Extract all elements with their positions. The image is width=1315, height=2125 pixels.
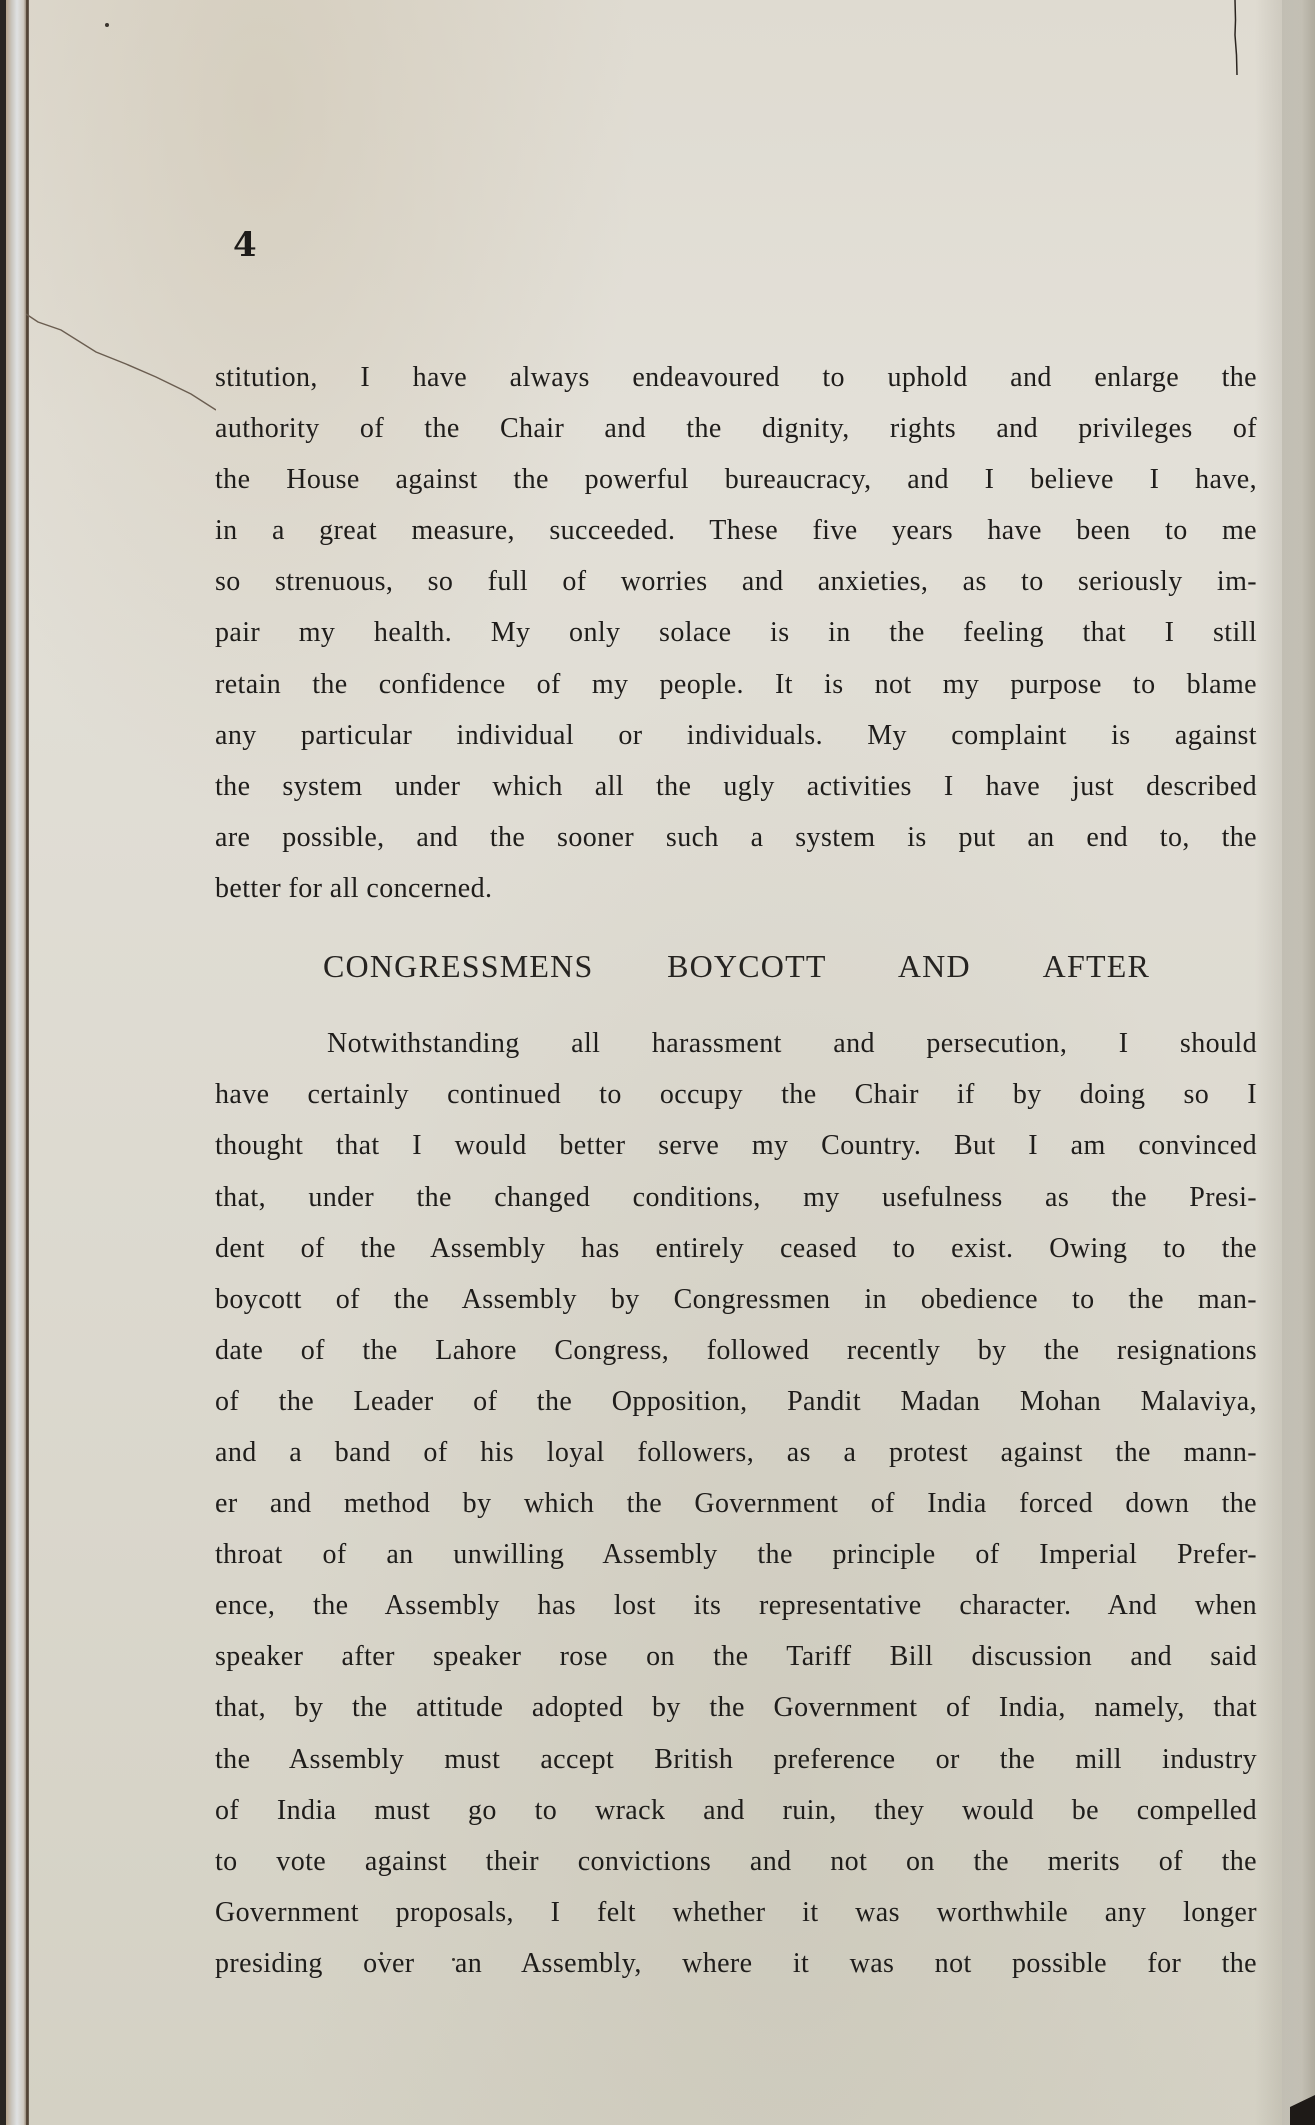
text-line: speaker after speaker rose on the Tariff…: [215, 1631, 1257, 1682]
page-number: 4: [233, 225, 257, 265]
text-line: retain the confidence of my people. It i…: [215, 659, 1257, 710]
text-line: ence, the Assembly has lost its represen…: [215, 1580, 1257, 1631]
text-line: to vote against their convictions and no…: [215, 1836, 1257, 1887]
section-heading: CONGRESSMENS BOYCOTT AND AFTER: [215, 941, 1150, 992]
document-page: 4 stitution, I have always endeavoured t…: [0, 0, 1315, 2125]
ink-speck: [105, 23, 109, 27]
text-line: boycott of the Assembly by Congressmen i…: [215, 1274, 1257, 1325]
text-line: are possible, and the sooner such a syst…: [215, 812, 1257, 863]
text-line: Notwithstanding all harassment and perse…: [215, 1018, 1257, 1069]
text-line: that, by the attitude adopted by the Gov…: [215, 1682, 1257, 1733]
text-line: er and method by which the Government of…: [215, 1478, 1257, 1529]
paragraph-continuation: stitution, I have always endeavoured to …: [215, 352, 1257, 914]
text-line: Government proposals, I felt whether it …: [215, 1887, 1257, 1938]
text-line: the system under which all the ugly acti…: [215, 761, 1257, 812]
text-line: the Assembly must accept British prefere…: [215, 1734, 1257, 1785]
body-text: stitution, I have always endeavoured to …: [215, 352, 1257, 1989]
text-line: better for all concerned.: [215, 863, 1257, 914]
text-line: in a great measure, succeeded. These fiv…: [215, 505, 1257, 556]
text-line: pair my health. My only solace is in the…: [215, 607, 1257, 658]
text-line: so strenuous, so full of worries and anx…: [215, 556, 1257, 607]
text-line: thought that I would better serve my Cou…: [215, 1120, 1257, 1171]
paper-crack-icon: [1234, 0, 1238, 80]
text-line: authority of the Chair and the dignity, …: [215, 403, 1257, 454]
right-edge-shadow: [1255, 0, 1315, 2125]
text-line: have certainly continued to occupy the C…: [215, 1069, 1257, 1120]
text-line: any particular individual or individuals…: [215, 710, 1257, 761]
text-line: the House against the powerful bureaucra…: [215, 454, 1257, 505]
text-line: of the Leader of the Opposition, Pandit …: [215, 1376, 1257, 1427]
paper-tear-icon: [26, 312, 216, 412]
text-line: throat of an unwilling Assembly the prin…: [215, 1529, 1257, 1580]
binding-strip: [6, 0, 28, 2125]
text-line: dent of the Assembly has entirely ceased…: [215, 1223, 1257, 1274]
text-line: stitution, I have always endeavoured to …: [215, 352, 1257, 403]
paragraph-section: Notwithstanding all harassment and perse…: [215, 1018, 1257, 1989]
text-line: that, under the changed conditions, my u…: [215, 1172, 1257, 1223]
text-line: and a band of his loyal followers, as a …: [215, 1427, 1257, 1478]
text-line: presiding over an Assembly, where it was…: [215, 1938, 1257, 1989]
text-line: of India must go to wrack and ruin, they…: [215, 1785, 1257, 1836]
text-line: date of the Lahore Congress, followed re…: [215, 1325, 1257, 1376]
